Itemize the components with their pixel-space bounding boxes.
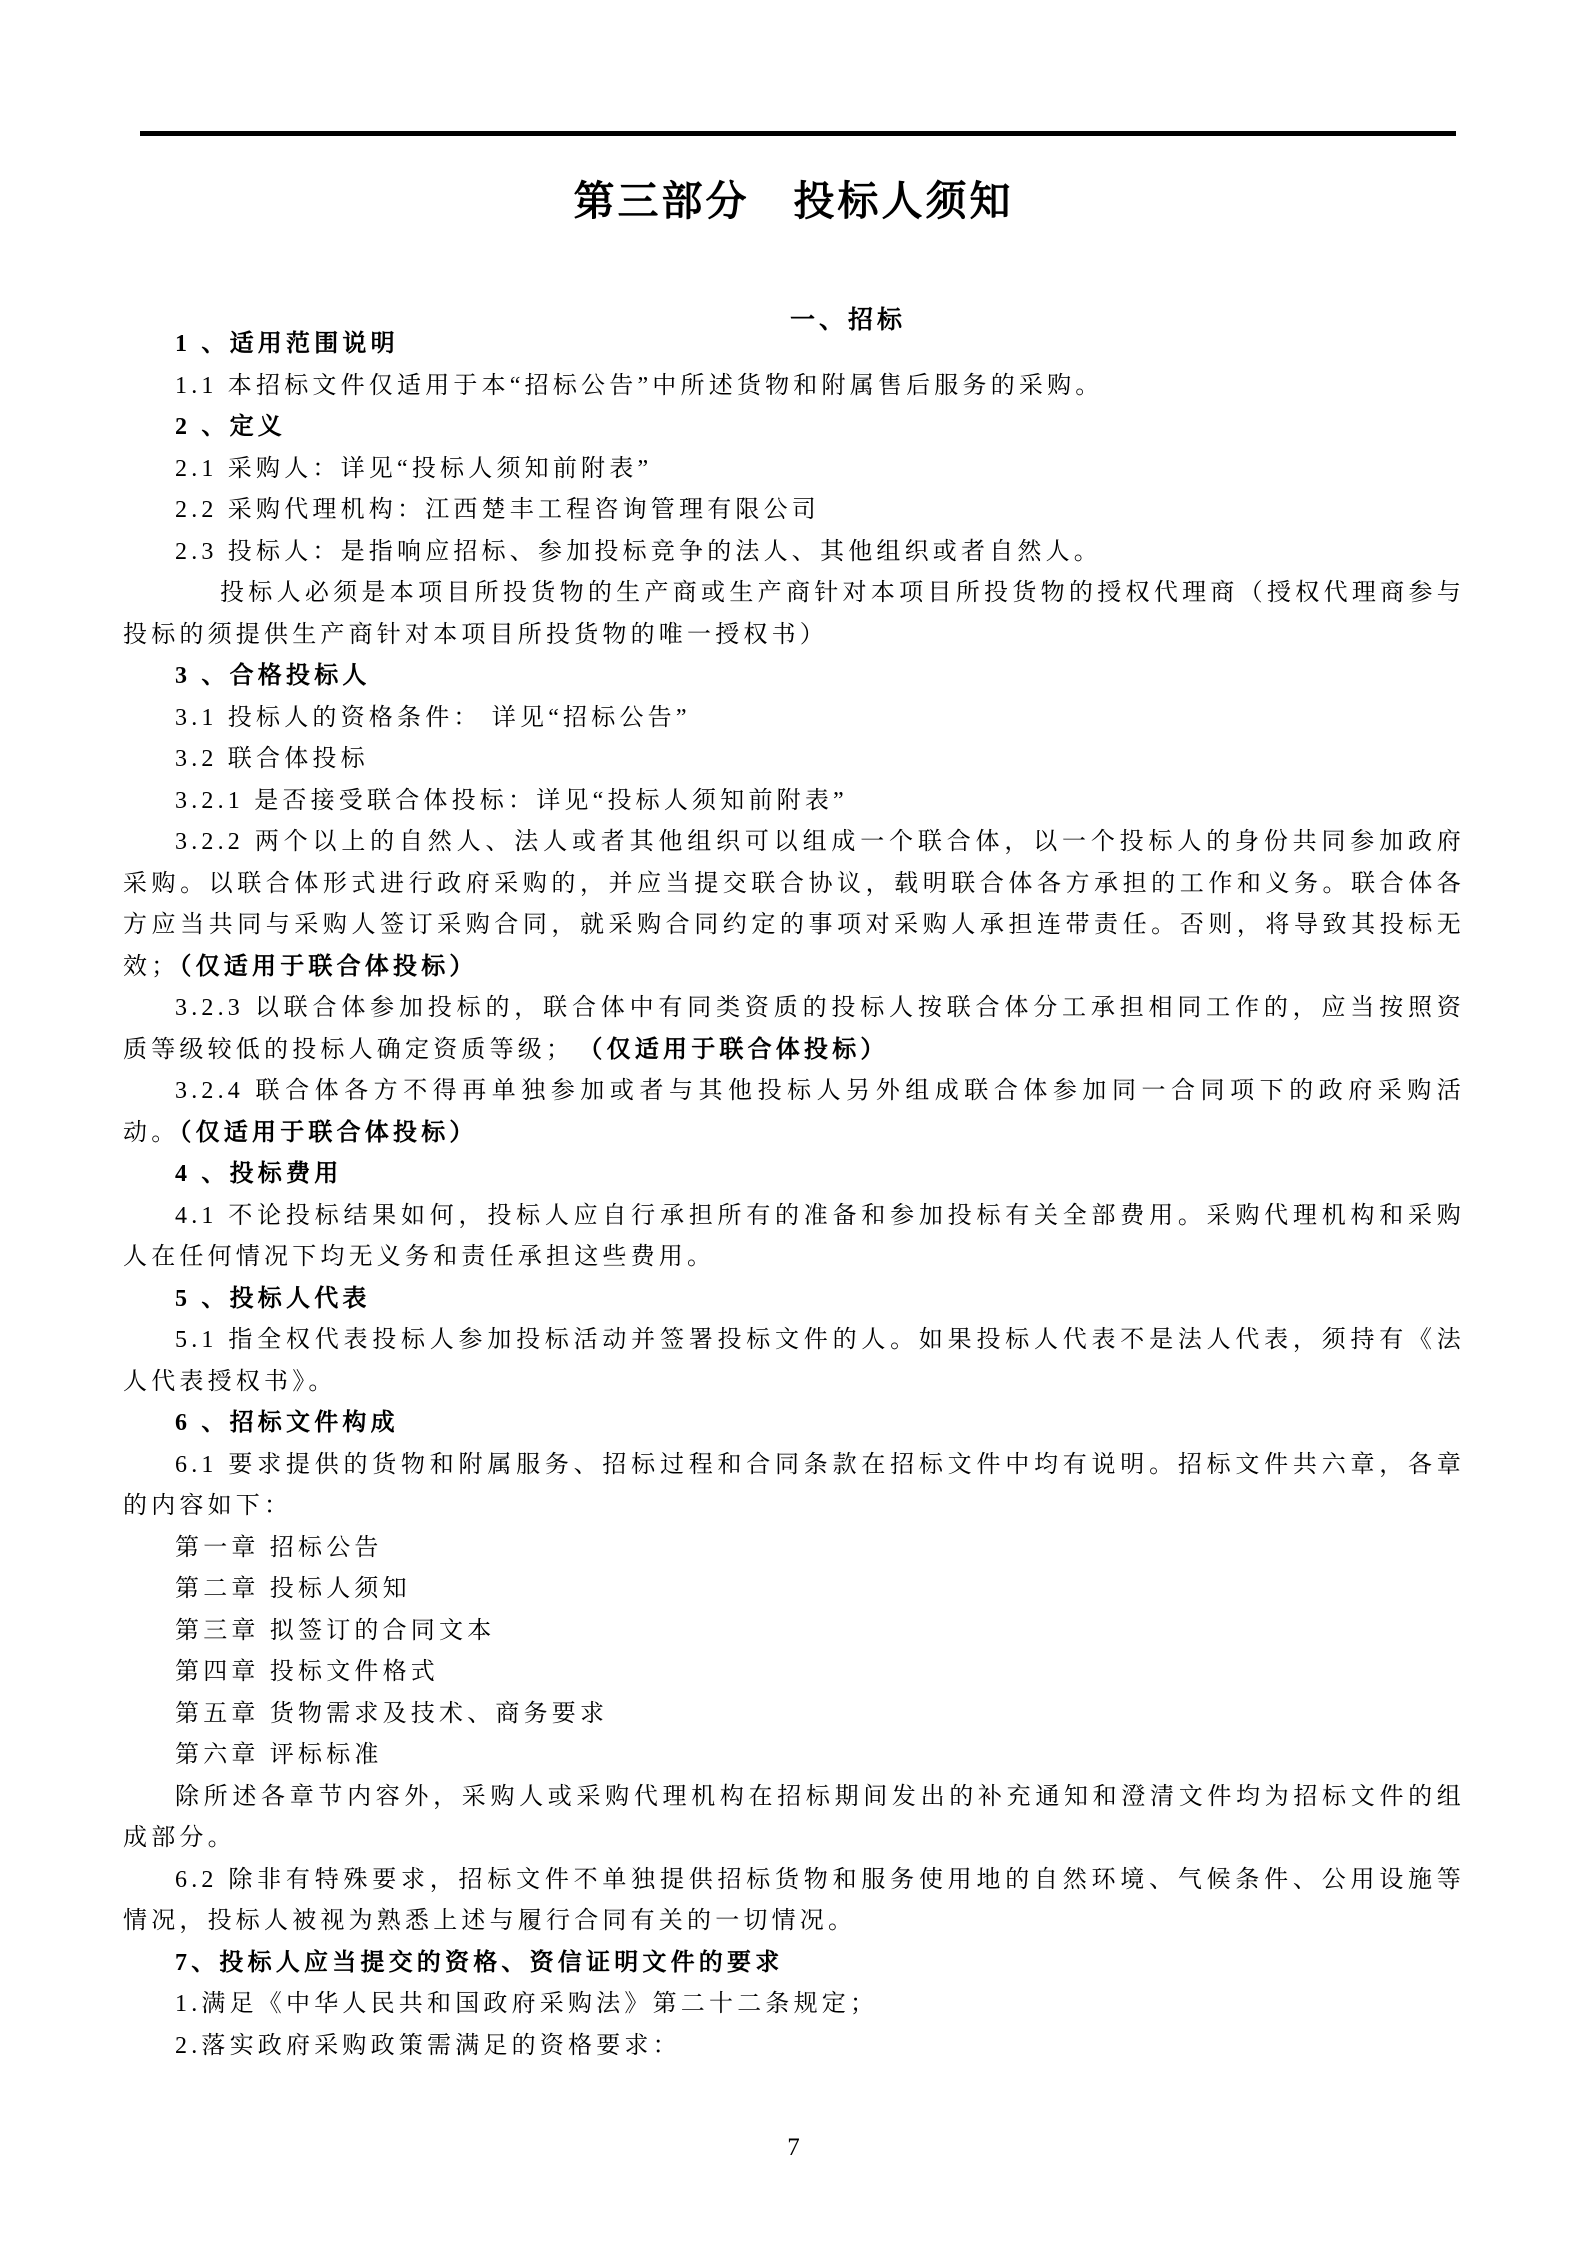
- paragraph: 3.2.3 以联合体参加投标的，联合体中有同类资质的投标人按联合体分工承担相同工…: [123, 988, 1465, 1071]
- header-rule: [140, 131, 1456, 136]
- paragraph: 3 、合格投标人: [123, 656, 1465, 698]
- paragraph: 6.2 除非有特殊要求，招标文件不单独提供招标货物和服务使用地的自然环境、气候条…: [123, 1860, 1465, 1943]
- document-page: 第三部分 投标人须知 一、招标 1 、适用范围说明1.1 本招标文件仅适用于本“…: [0, 0, 1587, 2245]
- paragraph-text: 第二章 投标人须知: [175, 1576, 411, 1602]
- paragraph: 1.满足《中华人民共和国政府采购法》第二十二条规定；: [123, 1984, 1465, 2026]
- paragraph-text: 6.1 要求提供的货物和附属服务、招标过程和合同条款在招标文件中均有说明。招标文…: [123, 1452, 1465, 1520]
- paragraph: 5.1 指全权代表投标人参加投标活动并签署投标文件的人。如果投标人代表不是法人代…: [123, 1320, 1465, 1403]
- paragraph: 1 、适用范围说明: [123, 324, 1465, 366]
- paragraph: 除所述各章节内容外，采购人或采购代理机构在招标期间发出的补充通知和澄清文件均为招…: [123, 1777, 1465, 1860]
- paragraph: 第一章 招标公告: [123, 1528, 1465, 1570]
- paragraph: 1.1 本招标文件仅适用于本“招标公告”中所述货物和附属售后服务的采购。: [123, 366, 1465, 408]
- paragraph: 投标人必须是本项目所投货物的生产商或生产商针对本项目所投货物的授权代理商（授权代…: [123, 573, 1465, 656]
- page-title: 第三部分 投标人须知: [0, 168, 1587, 227]
- paragraph: 3.2.2 两个以上的自然人、法人或者其他组织可以组成一个联合体，以一个投标人的…: [123, 822, 1465, 988]
- paragraph: 2.落实政府采购政策需满足的资格要求：: [123, 2026, 1465, 2068]
- paragraph-text-bold: 2 、定义: [175, 414, 286, 440]
- paragraph-text: 投标人必须是本项目所投货物的生产商或生产商针对本项目所投货物的授权代理商（授权代…: [123, 580, 1465, 648]
- paragraph-text-bold: （仅适用于联合体投标）: [590, 1037, 888, 1063]
- paragraph: 3.1 投标人的资格条件： 详见“招标公告”: [123, 698, 1465, 740]
- paragraph-text-bold: 3 、合格投标人: [175, 663, 371, 689]
- paragraph-text: 2.2 采购代理机构：江西楚丰工程咨询管理有限公司: [175, 497, 820, 523]
- paragraph: 6 、招标文件构成: [123, 1403, 1465, 1445]
- paragraph-text: 3.1 投标人的资格条件： 详见“招标公告”: [175, 705, 691, 731]
- paragraph-text: 3.2 联合体投标: [175, 746, 369, 772]
- paragraph-text: 6.2 除非有特殊要求，招标文件不单独提供招标货物和服务使用地的自然环境、气候条…: [123, 1867, 1465, 1935]
- paragraph: 第六章 评标标准: [123, 1735, 1465, 1777]
- paragraph-text: 第六章 评标标准: [175, 1742, 383, 1768]
- paragraph: 5 、投标人代表: [123, 1279, 1465, 1321]
- paragraph: 2 、定义: [123, 407, 1465, 449]
- paragraph-text: 第五章 货物需求及技术、商务要求: [175, 1701, 608, 1727]
- paragraph-text: 4.1 不论投标结果如何，投标人应自行承担所有的准备和参加投标有关全部费用。采购…: [123, 1203, 1465, 1271]
- paragraph-text-bold: 4 、投标费用: [175, 1161, 342, 1187]
- paragraph-text: 第三章 拟签订的合同文本: [175, 1618, 495, 1644]
- paragraph: 3.2 联合体投标: [123, 739, 1465, 781]
- paragraph-text: 2.落实政府采购政策需满足的资格要求：: [175, 2033, 681, 2059]
- paragraph: 2.3 投标人：是指响应招标、参加投标竞争的法人、其他组织或者自然人。: [123, 532, 1465, 574]
- paragraph-text-bold: 6 、招标文件构成: [175, 1410, 399, 1436]
- paragraph: 第四章 投标文件格式: [123, 1652, 1465, 1694]
- paragraph-text-bold: （仅适用于联合体投标）: [179, 954, 477, 980]
- paragraph-text: 2.1 采购人：详见“投标人须知前附表”: [175, 456, 652, 482]
- paragraph: 第三章 拟签订的合同文本: [123, 1611, 1465, 1653]
- paragraph: 4.1 不论投标结果如何，投标人应自行承担所有的准备和参加投标有关全部费用。采购…: [123, 1196, 1465, 1279]
- paragraph-text-bold: 5 、投标人代表: [175, 1286, 371, 1312]
- paragraph: 第五章 货物需求及技术、商务要求: [123, 1694, 1465, 1736]
- paragraph-text: 除所述各章节内容外，采购人或采购代理机构在招标期间发出的补充通知和澄清文件均为招…: [123, 1784, 1465, 1852]
- paragraph-text: 3.2.1 是否接受联合体投标：详见“投标人须知前附表”: [175, 788, 848, 814]
- paragraph-text: 第一章 招标公告: [175, 1535, 383, 1561]
- paragraph: 第二章 投标人须知: [123, 1569, 1465, 1611]
- page-number: 7: [0, 2134, 1587, 2162]
- paragraph-text: 第四章 投标文件格式: [175, 1659, 439, 1685]
- paragraph-text: 5.1 指全权代表投标人参加投标活动并签署投标文件的人。如果投标人代表不是法人代…: [123, 1327, 1465, 1395]
- paragraph-text: 1.1 本招标文件仅适用于本“招标公告”中所述货物和附属售后服务的采购。: [175, 373, 1104, 399]
- paragraph: 7、投标人应当提交的资格、资信证明文件的要求: [123, 1943, 1465, 1985]
- paragraph-text: 1.满足《中华人民共和国政府采购法》第二十二条规定；: [175, 1991, 878, 2017]
- document-body: 1 、适用范围说明1.1 本招标文件仅适用于本“招标公告”中所述货物和附属售后服…: [123, 324, 1465, 2067]
- paragraph-text-bold: 7、投标人应当提交的资格、资信证明文件的要求: [175, 1950, 783, 1976]
- paragraph-text: 2.3 投标人：是指响应招标、参加投标竞争的法人、其他组织或者自然人。: [175, 539, 1102, 565]
- paragraph: 3.2.4 联合体各方不得再单独参加或者与其他投标人另外组成联合体参加同一合同项…: [123, 1071, 1465, 1154]
- paragraph: 2.2 采购代理机构：江西楚丰工程咨询管理有限公司: [123, 490, 1465, 532]
- paragraph: 6.1 要求提供的货物和附属服务、招标过程和合同条款在招标文件中均有说明。招标文…: [123, 1445, 1465, 1528]
- paragraph-text-bold: （仅适用于联合体投标）: [179, 1120, 477, 1146]
- paragraph: 2.1 采购人：详见“投标人须知前附表”: [123, 449, 1465, 491]
- paragraph: 4 、投标费用: [123, 1154, 1465, 1196]
- paragraph: 3.2.1 是否接受联合体投标：详见“投标人须知前附表”: [123, 781, 1465, 823]
- paragraph-text-bold: 1 、适用范围说明: [175, 331, 399, 357]
